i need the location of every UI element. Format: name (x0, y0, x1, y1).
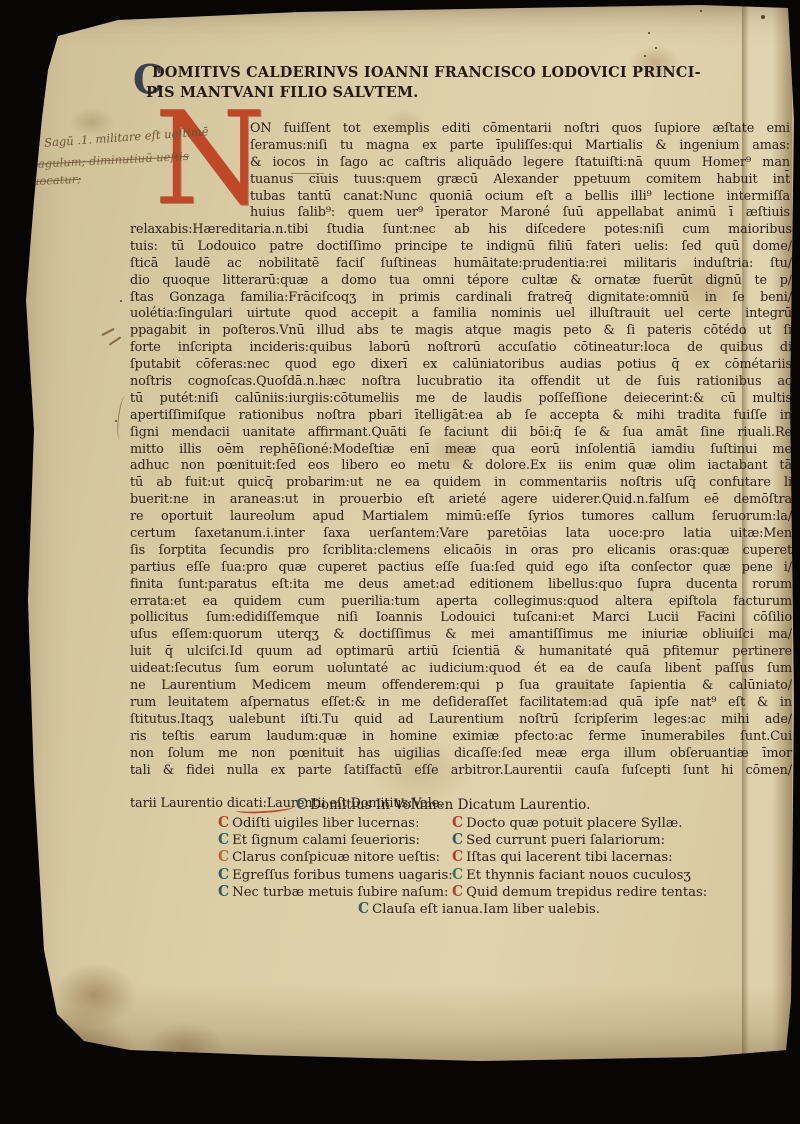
marginal-note-line3: uocatur; (32, 172, 82, 189)
text-line: ſputabit cōferas:nec quod ego dixerī ex … (130, 357, 792, 374)
text-line: ſis ſorptita ſecundis pro ſcriblita:clem… (130, 543, 792, 560)
text-line: tū ab fuit:ut quicq̄ probarim:ut ne ea q… (130, 475, 792, 492)
verse-line: CIſtas qui lacerent tibi lacernas: (452, 849, 742, 866)
text-line: pollicitus ſum:edidiſſemque niſi Ioannis… (130, 610, 792, 627)
verse-text: Odiſti uigiles liber lucernas: (232, 816, 419, 831)
text-line: & iocos in ſago ac caſtris aliquādo lege… (250, 155, 790, 172)
verse-line: CSed currunt pueri ſalariorum: (452, 832, 742, 849)
closing-verse-text: Clauſa eſt ianua.Iam liber ualebis. (372, 902, 600, 917)
verse-line: CQuid demum trepidus redire tentas: (452, 884, 742, 901)
text-line: apertiſſimiſque rationibus noſtra pbari … (130, 408, 792, 425)
text-line: uolétia:ſingulari uirtute quod accepit a… (130, 306, 792, 323)
verse-text: Et ſignum calami ſeuerioris: (232, 833, 420, 848)
text-line: uideat:ſecutus ſum eorum uoluntaté ac iu… (130, 661, 792, 678)
text-line: luit q̄ ulciſci.Id quum ad optimarū arti… (130, 644, 792, 661)
text-line: relaxabis:Hæreditaria.n.tibi ſtudia ſunt… (130, 222, 792, 239)
verse-line: CClarus conſpicuæ nitore ueſtis: (218, 849, 452, 866)
verse-text: Docto quæ potuit placere Syllæ. (466, 816, 682, 831)
text-line: ppagabit in poſteros.Vnū illud abs te ma… (130, 323, 792, 340)
text-line: tū putét:niſi calūniis:iurgiis:cōtumelii… (130, 391, 792, 408)
verse-line: CDocto quæ potuit placere Syllæ. (452, 815, 742, 832)
verse-text: Nec turbæ metuis ſubire naſum: (232, 885, 448, 900)
margin-tick-mark (109, 336, 122, 345)
bottom-edge-shading (0, 985, 800, 1065)
capitulum-mark: C (296, 797, 307, 815)
verse-column-right: CDocto quæ potuit placere Syllæ. CSed cu… (452, 815, 742, 901)
ink-specks (648, 32, 650, 34)
capitulum-mark: C (218, 866, 229, 884)
text-line: ſtitutus.Itaqʒ ualebunt iſti.Tu quid ad … (130, 712, 792, 729)
capitulum-mark: C (452, 849, 463, 867)
capitulum-mark: C (452, 866, 463, 884)
text-line: rum leuitatem aſpernatus eſſet:& in me d… (130, 695, 792, 712)
text-line: forte inſcripta incideris:quibus laborū … (130, 340, 792, 357)
verse-text: Iſtas qui lacerent tibi lacernas: (466, 850, 672, 865)
verse-line: COdiſti uigiles liber lucernas: (218, 815, 452, 832)
photographed-book-page: C DOMITIVS CALDERINVS IOANNI FRANCISCO L… (0, 0, 800, 1124)
text-line: finita ſunt:paratus eſt:ita me deus amet… (130, 577, 792, 594)
text-line: ſigni mendacii uanitate affirmant.Quāti … (130, 425, 792, 442)
text-line: ſticā laudē ac nobilitatē faciſ ſuſtinea… (130, 256, 792, 273)
text-line: ne Laurentium Medicem meum offenderem:qu… (130, 678, 792, 695)
text-line: certum ſaxetanum.i.inter ſaxa uerſantem:… (130, 526, 792, 543)
text-line: mitto illis oēm rephēſioné:Modeſtiæ enī … (130, 442, 792, 459)
verse-line: CEgreſſus foribus tumens uagaris: (218, 867, 452, 884)
text-line: ON fuiſſent tot exemplis editi cōmentari… (250, 121, 790, 138)
capitulum-mark: C (218, 832, 229, 850)
verse-line: CEt thynnis faciant nouos cuculosʒ (452, 867, 742, 884)
ink-underline (291, 173, 324, 174)
text-line: tuanus ciuis tuus:quem græcū Alexander p… (250, 172, 790, 189)
parchment-leaf: C DOMITIVS CALDERINVS IOANNI FRANCISCO L… (0, 0, 800, 1124)
text-line: non ſolum me non pœnituit has uigilias d… (130, 746, 792, 763)
margin-brace-mark (115, 396, 129, 441)
text-line: huius ſalib⁹: quem uer⁹ īperator Maroné … (250, 205, 790, 222)
text-line: re oportuit laureolum apud Martialem mim… (130, 509, 792, 526)
verse-line: CEt ſignum calami ſeuerioris: (218, 832, 452, 849)
text-line: adhuc non pœnituit:ſed eos libero eo met… (130, 458, 792, 475)
verse-line: CNec turbæ metuis ſubire naſum: (218, 884, 452, 901)
verse-text: Clarus conſpicuæ nitore ueſtis: (232, 850, 440, 865)
verse-column-left: COdiſti uigiles liber lucernas: CEt ſign… (218, 815, 452, 901)
letter-body-lines: relaxabis:Hæreditaria.n.tibi ſtudia ſunt… (130, 222, 792, 779)
text-line: ſeramus:niſi tu magna ex parte īpuliſſes… (250, 138, 790, 155)
capitulum-mark: C (452, 832, 463, 850)
closing-verse-line: CClauſa eſt ianua.Iam liber ualebis. (358, 901, 600, 918)
text-line: errata:et ea quidem cum puerilia:tum ape… (130, 594, 792, 611)
text-line: ris teſtis earum laudum:quæ in homine ex… (130, 729, 792, 746)
dedication-line: CDomitius In Volumen Dicatum Laurentio. (296, 797, 590, 814)
verse-text: Sed currunt pueri ſalariorum: (466, 833, 665, 848)
text-line: ſtas Gonzaga familia:Frāciſcoqʒ in primi… (130, 290, 792, 307)
salutation-heading-line1: DOMITIVS CALDERINVS IOANNI FRANCISCO LOD… (152, 63, 792, 83)
text-line: buerit:ne in araneas:ut in prouerbio eſt… (130, 492, 792, 509)
dedication-text: Domitius In Volumen Dicatum Laurentio. (310, 797, 590, 813)
verse-text: Egreſſus foribus tumens uagaris: (232, 868, 453, 883)
capitulum-mark: C (452, 883, 463, 901)
capitulum-mark: C (452, 815, 463, 833)
text-line: dio quoque litterarū:quæ a domo tua omni… (130, 273, 792, 290)
text-line: tubas tantū canat:Nunc quoniā ocium eſt … (250, 189, 790, 206)
verse-text: Et thynnis faciant nouos cuculosʒ (466, 868, 691, 883)
verse-text: Quid demum trepidus redire tentas: (466, 885, 707, 900)
capitulum-mark: C (218, 849, 229, 867)
margin-tick-mark (101, 328, 114, 336)
capitulum-mark: C (358, 901, 369, 919)
text-line: noſtris cognoſcas.Quoſdā.n.hæc noſtra lu… (130, 374, 792, 391)
capitulum-mark: C (218, 815, 229, 833)
text-line: partius eſſe ſua:pro quæ cuperet pactius… (130, 560, 792, 577)
letter-intro-lines: ON fuiſſent tot exemplis editi cōmentari… (250, 121, 790, 222)
capitulum-mark: C (218, 883, 229, 901)
text-line: uſus eſſem:quorum uterqʒ & doctiſſimus &… (130, 627, 792, 644)
text-line: tuis: tū Lodouico patre doctiſſimo princ… (130, 239, 792, 256)
text-line: tali & fidei nulla ex parte ſatiſfactū e… (130, 763, 792, 780)
